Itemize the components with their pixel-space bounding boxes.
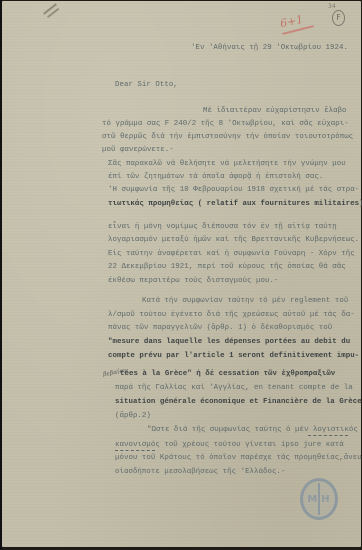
letter-page: 34 6+1 F 'Εν 'Αθήναις τῇ 29 'Οκτωβρίου 1… bbox=[2, 1, 361, 547]
salutation: Dear Sir Otto, bbox=[115, 81, 178, 90]
text-underline bbox=[308, 435, 348, 436]
body-line: οἱασδήποτε μεσολαβήσεως τῆς 'Ελλάδος.- bbox=[115, 468, 285, 477]
body-line: tées à la Grèce" ἡ δέ cessation τῶν ἐχθρ… bbox=[120, 370, 335, 379]
body-line: Κατά τήν συμφωνίαν ταύτην τό μέν regleme… bbox=[142, 297, 348, 306]
body-line: ἐπί τῶν ζητημάτων τά ὁποῖα ἀφορᾷ ἡ ἐπιστ… bbox=[108, 173, 323, 182]
body-line: μοῦ φανερώνετε.- bbox=[102, 146, 174, 155]
body-line: 'Η συμφωνία τῆς 10 Φεβρουαρίου 1918 σχετ… bbox=[108, 186, 359, 195]
body-line: λ/σμοῦ τούτου ἐγένετο διά τῆς χρεώσεως α… bbox=[108, 311, 355, 320]
text-underline bbox=[115, 450, 155, 451]
body-line: Εἰς ταύτην ἀναφέρεται καί ἡ συμφωνία Γού… bbox=[108, 250, 355, 259]
body-line: εἶναι ἡ μόνη νομίμως διέπουσα τόν ἐν τῇ … bbox=[108, 223, 337, 232]
body-line: Σᾶς παρακαλῶ νά θελήσητε νά μελετήσητε τ… bbox=[108, 160, 346, 169]
body-line: compte prévu par l'article 1 seront defi… bbox=[108, 352, 359, 361]
body-line: λογαριασμόν μεταξύ ἡμῶν καί τῆς Βρεττανι… bbox=[108, 236, 359, 245]
body-line: (ἄρθρ.2) bbox=[115, 412, 151, 421]
page-number: 34 bbox=[328, 3, 336, 10]
body-line: πάνας τῶν παραγγελιῶν (ἄρθρ. 1) ὁ δέκαθο… bbox=[108, 324, 332, 333]
body-line: "mesure dans laquelle les dépenses porté… bbox=[108, 338, 350, 347]
circled-mark: F bbox=[332, 10, 345, 26]
body-line: μόνου τοῦ Κράτους τό ὁποῖον παρέσχε τάς … bbox=[115, 454, 362, 463]
body-line: τιωτικάς προμηθείας ( relatif aux fourni… bbox=[108, 200, 362, 209]
body-line: κανονισμός τοῦ χρέους τούτου γίνεται ips… bbox=[115, 441, 344, 450]
body-line: 22 Δεκεμβρίου 1921, περί τοῦ κύρους τῆς … bbox=[108, 263, 346, 272]
body-line: τό γράμμα σας F 240/2 τῆς 8 'Οκτωβρίου, … bbox=[102, 120, 349, 129]
body-line: ἐκθέσω περαιτέρω τούς δισταγμούς μου.- bbox=[108, 277, 278, 286]
stamp-monogram: ΜΗ bbox=[304, 494, 333, 505]
dateline: 'Εν 'Αθήναις τῇ 29 'Οκτωβρίου 1924. bbox=[191, 44, 348, 53]
body-line: situation générale économique et Financi… bbox=[115, 398, 362, 407]
archive-monogram-stamp: ΜΗ bbox=[300, 478, 338, 520]
body-line: παρά τῆς Γαλλίας καί 'Αγγλίας, en tenant… bbox=[115, 384, 353, 393]
body-line: Μέ ἰδιαιτέραν εὐχαρίστησιν ἔλαβο bbox=[203, 107, 347, 116]
body-line: "Ωστε διά τῆς συμφωνίας ταύτης ὁ μέν λογ… bbox=[147, 426, 358, 435]
body-line: στῶ θερμῶς διά τήν ἐμπιστοσύνην τήν ὁποί… bbox=[102, 133, 353, 142]
